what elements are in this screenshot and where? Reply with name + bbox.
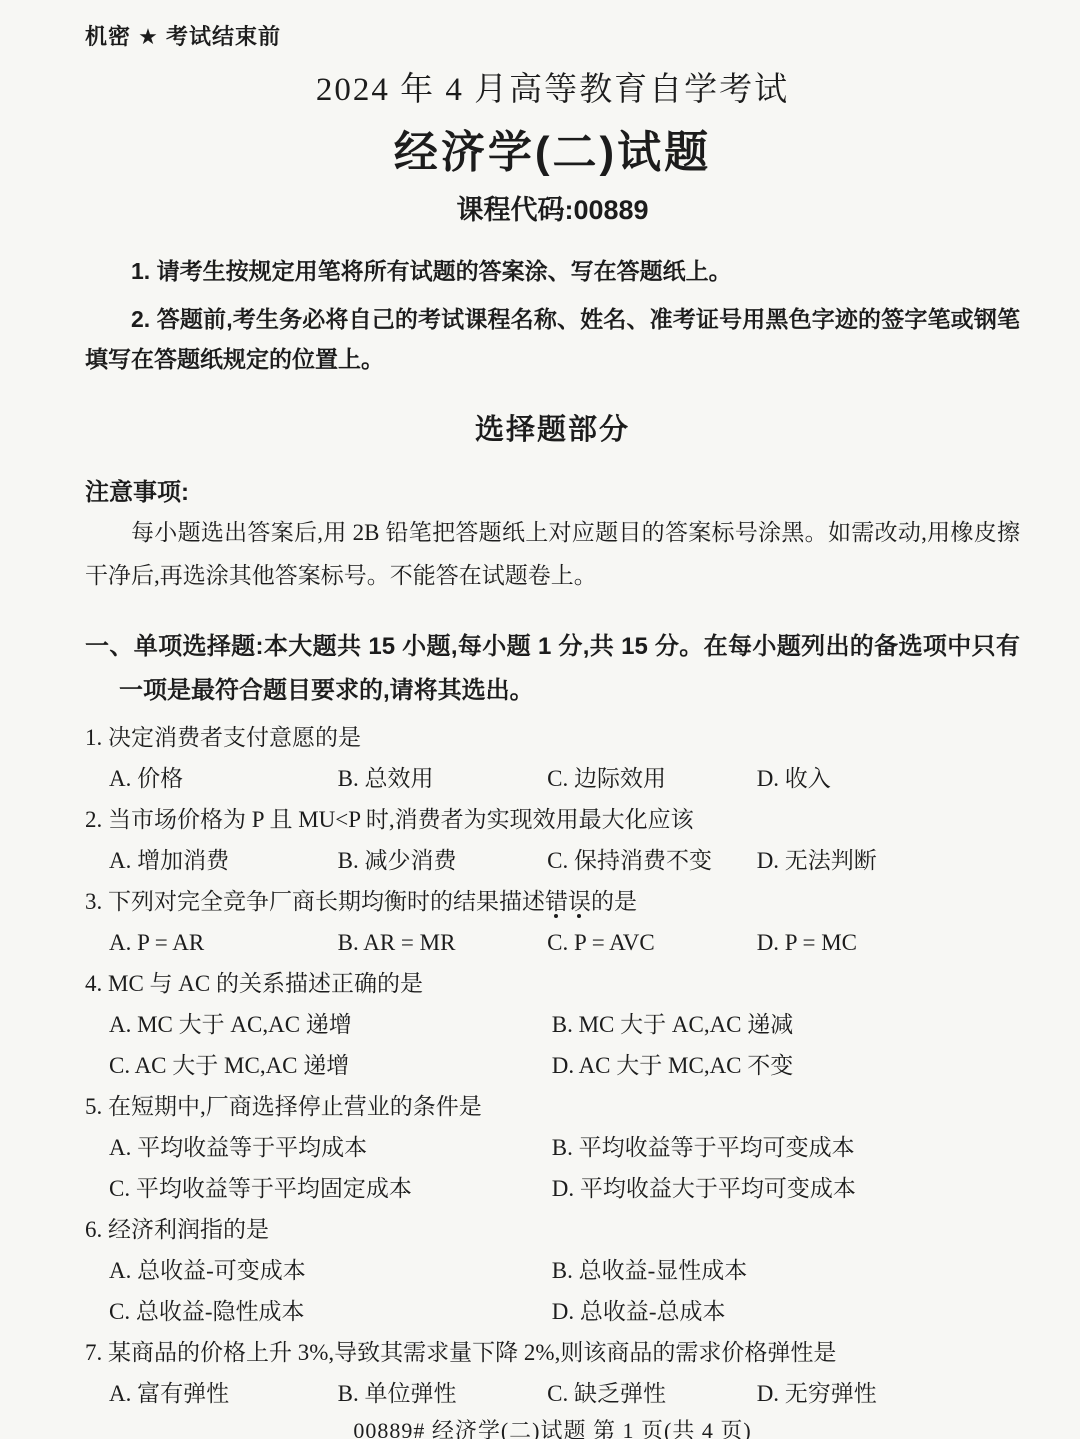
- question-item: 4. MC 与 AC 的关系描述正确的是 A. MC 大于 AC,AC 递增B.…: [85, 963, 1020, 1086]
- question-option: D. 平均收益大于平均可变成本: [552, 1168, 1020, 1209]
- question-option: C. 总收益-隐性成本: [109, 1291, 552, 1332]
- questions-list: 1. 决定消费者支付意愿的是 A. 价格B. 总效用C. 边际效用D. 收入 2…: [85, 717, 1020, 1414]
- question-options: A. 总收益-可变成本B. 总收益-显性成本C. 总收益-隐性成本D. 总收益-…: [85, 1250, 1020, 1332]
- exam-subject-title: 经济学(二)试题: [85, 116, 1020, 180]
- question-stem-text: MC 与 AC 的关系描述正确的是: [108, 971, 423, 996]
- question-option: B. 单位弹性: [338, 1373, 548, 1414]
- question-option: B. AR = MR: [338, 922, 548, 963]
- question-stem-text: 决定消费者支付意愿的是: [108, 725, 361, 750]
- question-option: D. 收入: [757, 758, 1020, 799]
- question-option: D. 无法判断: [757, 840, 1020, 881]
- question-option: C. AC 大于 MC,AC 递增: [109, 1045, 552, 1086]
- question-number: 4.: [85, 971, 108, 996]
- question-option: B. MC 大于 AC,AC 递减: [552, 1004, 1020, 1045]
- page-footer: 00889# 经济学(二)试题 第 1 页(共 4 页): [85, 1414, 1020, 1439]
- exam-session-title: 2024 年 4 月高等教育自学考试: [85, 63, 1020, 110]
- notice-heading: 注意事项:: [85, 472, 1020, 507]
- question-option: B. 减少消费: [338, 840, 548, 881]
- question-number: 2.: [85, 807, 108, 832]
- question-option: D. P = MC: [757, 922, 1020, 963]
- question-number: 5.: [85, 1094, 108, 1119]
- question-options: A. 增加消费B. 减少消费C. 保持消费不变D. 无法判断: [85, 840, 1020, 881]
- question-option: B. 总收益-显性成本: [552, 1250, 1020, 1291]
- question-item: 6. 经济利润指的是 A. 总收益-可变成本B. 总收益-显性成本C. 总收益-…: [85, 1209, 1020, 1332]
- question-stem: 6. 经济利润指的是: [85, 1209, 1020, 1250]
- question-option: B. 平均收益等于平均可变成本: [552, 1127, 1020, 1168]
- question-option: D. 无穷弹性: [757, 1373, 1020, 1414]
- question-option: C. P = AVC: [547, 922, 757, 963]
- question-option: B. 总效用: [338, 758, 548, 799]
- question-option: C. 缺乏弹性: [547, 1373, 757, 1414]
- question-stem: 2. 当市场价格为 P 且 MU<P 时,消费者为实现效用最大化应该: [85, 799, 1020, 840]
- question-stem-text: 经济利润指的是: [108, 1217, 269, 1242]
- question-option: A. 价格: [109, 758, 338, 799]
- question-option: A. 增加消费: [109, 840, 338, 881]
- question-option: A. 平均收益等于平均成本: [109, 1127, 552, 1168]
- question-option: D. AC 大于 MC,AC 不变: [552, 1045, 1020, 1086]
- question-item: 2. 当市场价格为 P 且 MU<P 时,消费者为实现效用最大化应该 A. 增加…: [85, 799, 1020, 881]
- question-stem: 7. 某商品的价格上升 3%,导致其需求量下降 2%,则该商品的需求价格弹性是: [85, 1332, 1020, 1373]
- question-option: C. 保持消费不变: [547, 840, 757, 881]
- question-number: 3.: [85, 889, 108, 914]
- question-option: A. P = AR: [109, 922, 338, 963]
- question-item: 1. 决定消费者支付意愿的是 A. 价格B. 总效用C. 边际效用D. 收入: [85, 717, 1020, 799]
- question-item: 3. 下列对完全竞争厂商长期均衡时的结果描述错误的是 A. P = ARB. A…: [85, 881, 1020, 963]
- question-options: A. 富有弹性B. 单位弹性C. 缺乏弹性D. 无穷弹性: [85, 1373, 1020, 1414]
- question-stem: 3. 下列对完全竞争厂商长期均衡时的结果描述错误的是: [85, 881, 1020, 922]
- part-one-heading: 一、单项选择题:本大题共 15 小题,每小题 1 分,共 15 分。在每小题列出…: [85, 625, 1020, 713]
- question-number: 6.: [85, 1217, 108, 1242]
- question-item: 7. 某商品的价格上升 3%,导致其需求量下降 2%,则该商品的需求价格弹性是 …: [85, 1332, 1020, 1414]
- question-option: A. 富有弹性: [109, 1373, 338, 1414]
- notice-body: 每小题选出答案后,用 2B 铅笔把答题纸上对应题目的答案标号涂黑。如需改动,用橡…: [85, 511, 1020, 597]
- question-option: C. 边际效用: [547, 758, 757, 799]
- question-stem: 4. MC 与 AC 的关系描述正确的是: [85, 963, 1020, 1004]
- question-options: A. 价格B. 总效用C. 边际效用D. 收入: [85, 758, 1020, 799]
- exam-instructions: 1. 请考生按规定用笔将所有试题的答案涂、写在答题纸上。 2. 答题前,考生务必…: [85, 251, 1020, 387]
- question-option: D. 总收益-总成本: [552, 1291, 1020, 1332]
- question-option: A. MC 大于 AC,AC 递增: [109, 1004, 552, 1045]
- question-item: 5. 在短期中,厂商选择停止营业的条件是 A. 平均收益等于平均成本B. 平均收…: [85, 1086, 1020, 1209]
- question-number: 1.: [85, 725, 108, 750]
- question-stem-text: 的是: [591, 889, 637, 914]
- classification-banner: 机密 ★ 考试结束前: [85, 20, 1020, 51]
- question-stem: 1. 决定消费者支付意愿的是: [85, 717, 1020, 758]
- question-stem-text: 某商品的价格上升 3%,导致其需求量下降 2%,则该商品的需求价格弹性是: [108, 1340, 836, 1365]
- question-stem-emphasized-text: 错误: [545, 889, 591, 914]
- question-option: C. 平均收益等于平均固定成本: [109, 1168, 552, 1209]
- question-stem-text: 当市场价格为 P 且 MU<P 时,消费者为实现效用最大化应该: [108, 807, 694, 832]
- course-code: 课程代码:00889: [85, 188, 1020, 227]
- question-options: A. 平均收益等于平均成本B. 平均收益等于平均可变成本C. 平均收益等于平均固…: [85, 1127, 1020, 1209]
- instruction-item-1: 1. 请考生按规定用笔将所有试题的答案涂、写在答题纸上。: [85, 251, 1020, 291]
- question-number: 7.: [85, 1340, 108, 1365]
- question-option: A. 总收益-可变成本: [109, 1250, 552, 1291]
- question-stem-text: 在短期中,厂商选择停止营业的条件是: [108, 1094, 482, 1119]
- question-stem-text: 下列对完全竞争厂商长期均衡时的结果描述: [108, 889, 545, 914]
- section-title: 选择题部分: [85, 407, 1020, 448]
- question-options: A. MC 大于 AC,AC 递增B. MC 大于 AC,AC 递减C. AC …: [85, 1004, 1020, 1086]
- instruction-item-2: 2. 答题前,考生务必将自己的考试课程名称、姓名、准考证号用黑色字迹的签字笔或钢…: [85, 299, 1020, 379]
- question-stem: 5. 在短期中,厂商选择停止营业的条件是: [85, 1086, 1020, 1127]
- question-options: A. P = ARB. AR = MRC. P = AVCD. P = MC: [85, 922, 1020, 963]
- exam-paper-page: 机密 ★ 考试结束前 2024 年 4 月高等教育自学考试 经济学(二)试题 课…: [0, 0, 1080, 1439]
